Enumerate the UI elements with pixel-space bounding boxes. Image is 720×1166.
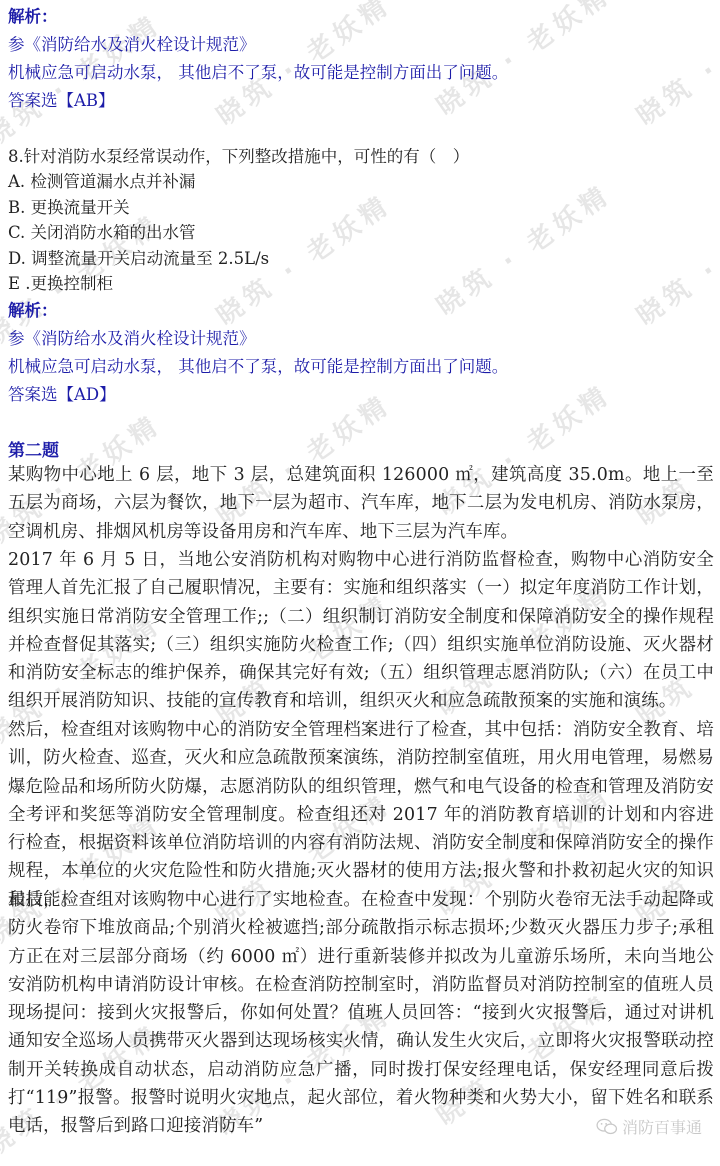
footer-brand: 消防百事通: [596, 1115, 702, 1138]
analysis-answer: 答案选【AD】: [8, 384, 116, 406]
option-c: C. 关闭消防水箱的出水管: [8, 222, 196, 244]
watermark: 晓筑 · 老妖精: [628, 0, 720, 133]
analysis-reference: 参《消防给水及消火栓设计规范》: [8, 34, 256, 56]
watermark: 晓筑 · 老妖精: [428, 174, 618, 322]
paragraph-site-inspection: 最后，检查组对该购物中心进行了实地检查。在检查中发现：个别防火卷帘无法手动起降或…: [8, 886, 714, 1141]
question-8: 8.针对消防水泵经常误动作，下列整改措施中，可性的有（ ）: [8, 146, 469, 168]
analysis-heading: 解析：: [8, 6, 58, 28]
brand-name: 消防百事通: [622, 1115, 702, 1138]
analysis-explanation: 机械应急可启动水泵， 其他启不了泵，故可能是控制方面出了问题。: [8, 62, 508, 84]
section-title: 第二题: [8, 440, 59, 462]
paragraph-manager-report: 2017 年 6 月 5 日，当地公安消防机构对购物中心进行消防监督检查，购物中…: [8, 546, 714, 716]
paragraph-building-info: 某购物中心地上 6 层，地下 3 层，总建筑面积 126000 ㎡，建筑高度 3…: [8, 461, 714, 546]
option-e: E .更换控制柜: [8, 273, 113, 295]
analysis-heading: 解析：: [8, 300, 58, 322]
watermark: 晓筑 · 老妖精: [628, 184, 720, 332]
option-b: B. 更换流量开关: [8, 197, 130, 219]
analysis-reference: 参《消防给水及消火栓设计规范》: [8, 328, 256, 350]
option-d: D. 调整流量开关启动流量至 2.5L/s: [8, 248, 269, 270]
paragraph-archive-check: 然后，检查组对该购物中心的消防安全管理档案进行了检查，其中包括：消防安全教育、培…: [8, 716, 714, 914]
analysis-answer: 答案选【AB】: [8, 90, 115, 112]
analysis-explanation: 机械应急可启动水泵， 其他启不了泵，故可能是控制方面出了问题。: [8, 356, 508, 378]
wechat-icon: [596, 1118, 618, 1136]
option-a: A. 检测管道漏水点并补漏: [8, 171, 195, 193]
